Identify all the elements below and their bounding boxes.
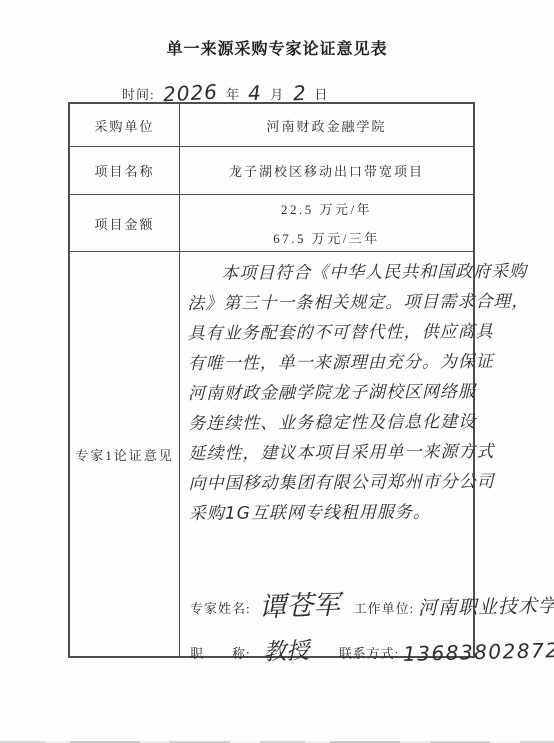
row-label-purchaser: 采购单位 <box>70 104 180 146</box>
opinion-line: 有唯一性，单一来源理由充分。为保证 <box>188 347 480 379</box>
opinion-line: 本项目符合《中华人民共和国政府采购 <box>187 257 479 289</box>
work-unit-handwritten: 河南职业技术学院 <box>418 591 554 621</box>
row-label-project-name: 项目名称 <box>70 147 180 194</box>
date-year-unit: 年 <box>226 87 240 102</box>
opinion-line: 采购1G互联网专线租用服务。 <box>189 497 481 529</box>
expert-name-label: 专家姓名: <box>190 601 251 616</box>
contact-phone-handwritten: 13683802872 <box>403 638 554 666</box>
row-value-project-amount: 22.5 万元/年 67.5 万元/三年 <box>180 195 473 251</box>
opinion-line: 法》第三十一条相关规定。项目需求合理， <box>187 287 479 319</box>
row-label-expert-opinion: 专家1论证意见 <box>70 252 180 656</box>
document-title: 单一来源采购专家论证意见表 <box>0 36 554 59</box>
row-value-purchaser: 河南财政金融学院 <box>180 104 473 146</box>
form-table: 采购单位 河南财政金融学院 项目名称 龙子湖校区移动出口带宽项目 项目金额 22… <box>68 102 475 658</box>
scanned-document-page: 单一来源采购专家论证意见表 时间: 2026 年 4 月 2 日 采购单位 河南… <box>0 0 554 743</box>
date-label: 时间: <box>122 87 155 102</box>
expert-opinion-handwritten-text: 本项目符合《中华人民共和国政府采购 法》第三十一条相关规定。项目需求合理， 具有… <box>187 257 481 529</box>
row-value-project-name: 龙子湖校区移动出口带宽项目 <box>180 147 473 194</box>
opinion-line: 向中国移动集团有限公司郑州市分公司 <box>189 467 481 499</box>
date-day-unit: 日 <box>315 87 329 102</box>
expert-opinion-cell: 本项目符合《中华人民共和国政府采购 法》第三十一条相关规定。项目需求合理， 具有… <box>180 252 473 656</box>
row-label-project-amount: 项目金额 <box>70 195 180 251</box>
opinion-line: 具有业务配套的不可替代性，供应商具 <box>187 317 479 349</box>
job-title-handwritten: 教授 <box>262 632 309 667</box>
amount-per-year: 22.5 万元/年 <box>281 199 372 218</box>
signature-row-name-unit: 专家姓名: 谭苍军 工作单位: 河南职业技术学院 <box>190 582 554 621</box>
opinion-line: 务连续性、业务稳定性及信息化建设 <box>188 407 480 439</box>
table-row-project-amount: 项目金额 22.5 万元/年 67.5 万元/三年 <box>70 195 473 252</box>
date-month-unit: 月 <box>270 87 284 102</box>
contact-label: 联系方式: <box>339 646 400 661</box>
table-row-expert-opinion: 专家1论证意见 本项目符合《中华人民共和国政府采购 法》第三十一条相关规定。项目… <box>70 252 473 656</box>
table-row-purchaser: 采购单位 河南财政金融学院 <box>70 104 473 147</box>
opinion-line: 延续性，建议本项目采用单一来源方式 <box>188 437 480 469</box>
table-row-project-name: 项目名称 龙子湖校区移动出口带宽项目 <box>70 147 473 195</box>
expert-name-handwritten: 谭苍军 <box>258 583 340 625</box>
amount-three-years: 67.5 万元/三年 <box>273 228 380 247</box>
opinion-line: 河南财政金融学院龙子湖校区网络服 <box>188 377 480 409</box>
work-unit-label: 工作单位: <box>354 601 415 616</box>
signature-row-title-contact: 职 称: 教授 联系方式: 13683802872 <box>190 632 554 665</box>
date-line: 时间: 2026 年 4 月 2 日 <box>122 80 329 104</box>
job-title-label: 职 称: <box>190 646 251 661</box>
